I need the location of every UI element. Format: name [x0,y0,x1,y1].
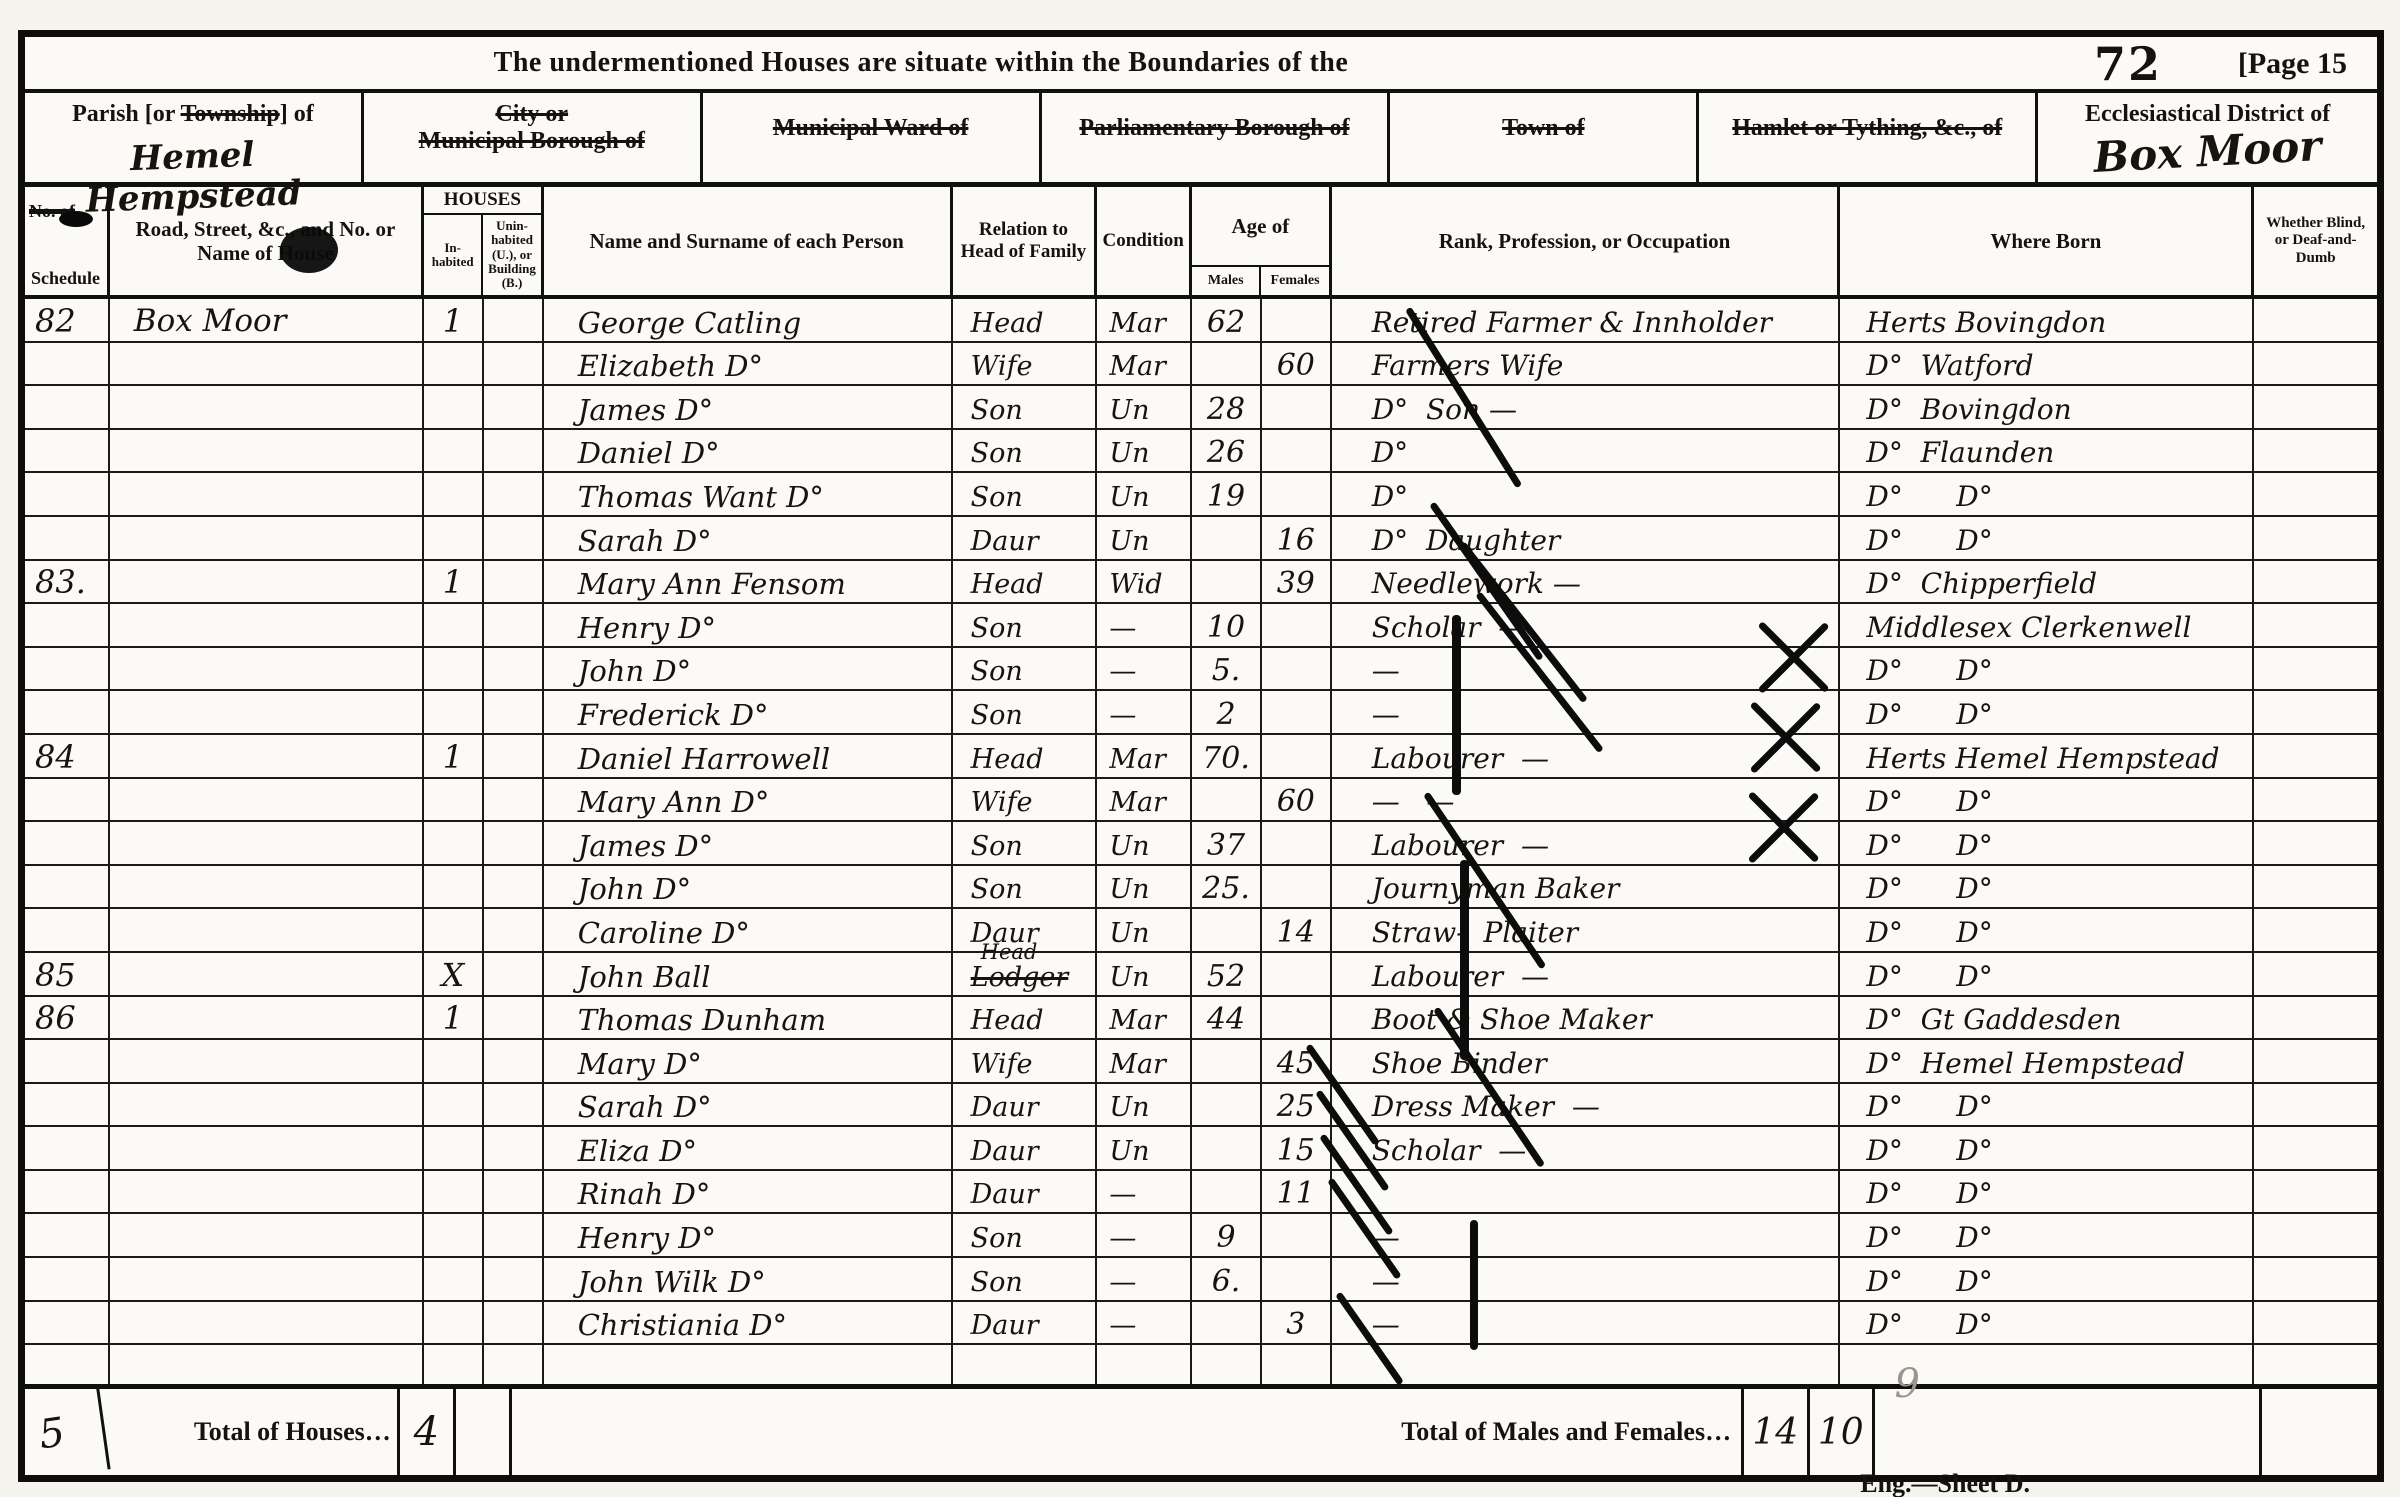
age-female-cell: 45 [1262,1040,1332,1082]
where-born-cell: D° D° [1840,779,2254,821]
blind-cell [2254,517,2377,559]
page-title: The undermentioned Houses are situate wi… [25,47,1817,79]
relation-cell: Daur [953,517,1098,559]
uninhabited-cell [484,430,544,472]
name-cell: Henry D° [544,604,953,646]
where-born-cell: D° D° [1840,1171,2254,1213]
schedule-cell [25,1302,110,1344]
age-female-cell [1262,430,1332,472]
table-row: Caroline D°DaurUn14Straw- PlaiterD° D° [25,909,2377,953]
col-houses-group: HOUSES In-habited Unin-habited (U.), or … [424,187,544,295]
table-row: John Wilk D°Son—6.—D° D° [25,1258,2377,1302]
age-male-cell [1192,1040,1262,1082]
road-cell [110,648,424,690]
inhabited-cell: 1 [424,561,484,603]
blind-cell [2254,953,2377,995]
age-male-cell: 52 [1192,953,1262,995]
age-female-cell: 15 [1262,1127,1332,1169]
uninhabited-cell [484,691,544,733]
age-female-cell: 14 [1262,909,1332,951]
blind-cell [2254,1127,2377,1169]
ecclesiastical-value: Box Moor [2037,118,2378,185]
condition-cell: Un [1097,517,1192,559]
uninhabited-cell [484,517,544,559]
where-born-cell: D° D° [1840,517,2254,559]
occupation-cell: Shoe Binder [1332,1040,1841,1082]
blind-cell [2254,648,2377,690]
road-cell [110,691,424,733]
age-male-cell [1192,1084,1262,1126]
inhabited-cell [424,1040,484,1082]
relation-cell: Son [953,691,1098,733]
relation-cell: LodgerHead [953,953,1098,995]
blind-cell [2254,604,2377,646]
inhabited-cell [424,779,484,821]
occupation-cell: D° [1332,430,1841,472]
inhabited-cell [424,517,484,559]
blind-cell [2254,1258,2377,1300]
ward-label: Municipal Ward of [773,115,969,141]
col-where-born: Where Born [1840,187,2254,295]
uninhabited-cell [484,648,544,690]
road-cell [110,1127,424,1169]
parish-label-struck: Township [181,101,280,127]
occupation-cell: Labourer — [1332,953,1841,995]
schedule-cell [25,779,110,821]
town-label: Town of [1502,115,1584,141]
age-male-cell: 28 [1192,386,1262,428]
uninhabited-cell [484,1084,544,1126]
schedule-cell [25,691,110,733]
inhabited-cell [424,1302,484,1344]
inhabited-cell: 1 [424,735,484,777]
where-born-cell: Middlesex Clerkenwell [1840,604,2254,646]
uninhabited-cell [484,561,544,603]
filler-row [25,1345,2377,1389]
where-born-cell: D° D° [1840,953,2254,995]
schedule-cell [25,517,110,559]
condition-cell: — [1097,1171,1192,1213]
schedule-cell [25,386,110,428]
condition-cell: — [1097,604,1192,646]
city-label-line2: Municipal Borough of [419,128,645,154]
table-row: 861Thomas DunhamHeadMar44Boot & Shoe Mak… [25,997,2377,1041]
road-cell [110,1040,424,1082]
inhabited-cell: 1 [424,299,484,341]
condition-cell: Un [1097,822,1192,864]
road-cell [110,866,424,908]
blind-cell [2254,691,2377,733]
road-cell [110,430,424,472]
condition-cell: Un [1097,473,1192,515]
occupation-cell: D° Daughter [1332,517,1841,559]
where-born-cell: D° D° [1840,1258,2254,1300]
relation-cell: Wife [953,779,1098,821]
blind-cell [2254,473,2377,515]
town-cell: Town of [1390,93,1699,182]
condition-cell: — [1097,1258,1192,1300]
schedule-cell [25,1171,110,1213]
road-cell [110,997,424,1039]
table-row: John D°SonUn25.Journyman BakerD° D° [25,866,2377,910]
col-blind: Whether Blind, or Deaf-and-Dumb [2254,187,2377,295]
uninhabited-cell [484,822,544,864]
inhabited-cell [424,822,484,864]
uninhabited-cell [484,909,544,951]
total-males-value: 14 [1744,1389,1809,1475]
table-row: Sarah D°DaurUn16D° DaughterD° D° [25,517,2377,561]
col-houses-label: HOUSES [424,187,541,215]
where-born-cell: D° Hemel Hempstead [1840,1040,2254,1082]
road-cell [110,386,424,428]
schedule-cell [25,1258,110,1300]
condition-cell: — [1097,648,1192,690]
col-condition: Condition [1097,187,1192,295]
name-cell: Frederick D° [544,691,953,733]
occupation-cell: — [1332,691,1841,733]
occupation-cell: Retired Farmer & Innholder [1332,299,1841,341]
schedule-cell: 83. [25,561,110,603]
parliamentary-label: Parliamentary Borough of [1079,115,1349,141]
occupation-cell: Dress Maker — [1332,1084,1841,1126]
uninhabited-cell [484,1127,544,1169]
uninhabited-cell [484,1040,544,1082]
age-male-cell: 2 [1192,691,1262,733]
total-uninhabited-value [456,1389,512,1475]
where-born-cell: D° D° [1840,822,2254,864]
occupation-cell: Journyman Baker [1332,866,1841,908]
inhabited-cell [424,604,484,646]
age-male-cell: 37 [1192,822,1262,864]
condition-cell: Un [1097,430,1192,472]
ink-blot-small [59,211,93,227]
col-occupation-label: Rank, Profession, or Occupation [1336,229,1834,253]
age-male-cell: 44 [1192,997,1262,1039]
inhabited-cell [424,1084,484,1126]
relation-cell: Head [953,561,1098,603]
totals-blind-cell [2262,1389,2377,1475]
occupation-cell: Needlework — [1332,561,1841,603]
col-inhabited: In-habited [424,215,483,295]
where-born-cell: Herts Hemel Hempstead [1840,735,2254,777]
blind-cell [2254,430,2377,472]
uninhabited-cell [484,1258,544,1300]
age-female-cell: 39 [1262,561,1332,603]
folio-number: 72 [2094,37,2162,91]
relation-cell: Son [953,1258,1098,1300]
occupation-cell: Scholar — [1332,604,1841,646]
total-houses-value: 4 [400,1389,456,1475]
col-name: Name and Surname of each Person [544,187,953,295]
name-cell: George Catling [544,299,953,341]
totals-band: 5 Total of Houses… 4 Total of Males and … [25,1389,2377,1475]
age-male-cell: 5. [1192,648,1262,690]
title-band: The undermentioned Houses are situate wi… [25,37,2377,93]
municipal-ward-cell: Municipal Ward of [703,93,1042,182]
age-male-cell: 70. [1192,735,1262,777]
occupation-cell [1332,1171,1841,1213]
occupation-cell: — [1332,1302,1841,1344]
where-born-cell: D° Chipperfield [1840,561,2254,603]
blind-cell [2254,735,2377,777]
condition-cell: Mar [1097,997,1192,1039]
col-road: Road, Street, &c., and No. or Name of Ho… [110,187,424,295]
occupation-cell: Farmers Wife [1332,343,1841,385]
schedule-cell [25,430,110,472]
where-born-cell: D° Bovingdon [1840,386,2254,428]
name-cell: Elizabeth D° [544,343,953,385]
condition-cell: Un [1097,866,1192,908]
schedule-cell: 82 [25,299,110,341]
schedule-cell: 86 [25,997,110,1039]
parish-cell: Parish [or Township] of Hemel Hempstead [25,93,364,182]
table-row: 82Box Moor1George CatlingHeadMar62Retire… [25,299,2377,343]
age-male-cell [1192,1171,1262,1213]
blind-cell [2254,822,2377,864]
condition-cell: Mar [1097,1040,1192,1082]
age-female-cell: 3 [1262,1302,1332,1344]
where-born-cell: D° D° [1840,909,2254,951]
road-cell [110,953,424,995]
where-born-cell: D° Gt Gaddesden [1840,997,2254,1039]
table-row: 841Daniel HarrowellHeadMar70.Labourer —H… [25,735,2377,779]
col-condition-label: Condition [1101,230,1185,252]
table-body: 82Box Moor1George CatlingHeadMar62Retire… [25,299,2377,1345]
uninhabited-cell [484,386,544,428]
relation-cell: Daur [953,1127,1098,1169]
relation-cell: Son [953,866,1098,908]
schedule-cell [25,1084,110,1126]
age-female-cell [1262,386,1332,428]
relation-cell: Son [953,1214,1098,1256]
road-cell [110,1171,424,1213]
where-born-cell: Herts Bovingdon [1840,299,2254,341]
schedule-cell [25,604,110,646]
age-female-cell [1262,822,1332,864]
age-female-cell [1262,866,1332,908]
ink-blot [280,227,338,273]
condition-cell: Wid [1097,561,1192,603]
road-cell [110,1214,424,1256]
table-row: 83.1Mary Ann FensomHeadWid39Needlework —… [25,561,2377,605]
total-females-value: 10 [1810,1389,1875,1475]
condition-cell: Un [1097,1084,1192,1126]
road-cell [110,735,424,777]
relation-cell: Son [953,822,1098,864]
total-houses-label: Total of Houses… [105,1389,399,1475]
parliamentary-borough-cell: Parliamentary Borough of [1042,93,1391,182]
table-row: Henry D°Son—10Scholar —Middlesex Clerken… [25,604,2377,648]
relation-cell: Son [953,430,1098,472]
name-cell: John D° [544,648,953,690]
table-row: Rinah D°Daur—11D° D° [25,1171,2377,1215]
age-male-cell [1192,1302,1262,1344]
col-females: Females [1261,267,1328,295]
age-female-cell: 16 [1262,517,1332,559]
uninhabited-cell [484,1302,544,1344]
name-cell: Rinah D° [544,1171,953,1213]
occupation-cell: — — [1332,779,1841,821]
column-header-band: No. of Schedule Road, Street, &c., and N… [25,187,2377,299]
road-cell [110,517,424,559]
age-male-cell: 62 [1192,299,1262,341]
road-cell [110,561,424,603]
inhabited-cell [424,909,484,951]
table-row: Sarah D°DaurUn25Dress Maker —D° D° [25,1084,2377,1128]
inhabited-cell [424,1171,484,1213]
relation-cell: Daur [953,1171,1098,1213]
blind-cell [2254,909,2377,951]
relation-corrected-value: Head [981,942,1038,963]
occupation-cell: — [1332,1258,1841,1300]
age-female-cell [1262,648,1332,690]
city-borough-cell: City or Municipal Borough of [364,93,703,182]
name-cell: John Ball [544,953,953,995]
sheet-footer: Eng.—Sheet D. [1860,1469,2030,1497]
blind-cell [2254,1214,2377,1256]
occupation-cell: — [1332,648,1841,690]
table-row: John D°Son—5.—D° D° [25,648,2377,692]
occupation-cell: Labourer — [1332,822,1841,864]
table-row: Elizabeth D°WifeMar60Farmers WifeD° Watf… [25,343,2377,387]
census-sheet: The undermentioned Houses are situate wi… [18,30,2384,1482]
inhabited-cell [424,648,484,690]
blind-cell [2254,1171,2377,1213]
inhabited-cell [424,691,484,733]
schedule-cell [25,866,110,908]
name-cell: James D° [544,822,953,864]
condition-cell: Un [1097,1127,1192,1169]
totals-born-cell [1875,1389,2262,1475]
parish-label-pre: Parish [or [72,101,180,127]
relation-cell: Daur [953,1302,1098,1344]
col-age-group: Age of Males Females [1192,187,1332,295]
table-row: James D°SonUn28D° Son —D° Bovingdon [25,386,2377,430]
uninhabited-cell [484,1214,544,1256]
name-cell: Thomas Want D° [544,473,953,515]
name-cell: Mary Ann D° [544,779,953,821]
blind-cell [2254,1040,2377,1082]
schedule-cell: 85 [25,953,110,995]
uninhabited-cell [484,343,544,385]
relation-cell: Wife [953,1040,1098,1082]
age-female-cell [1262,473,1332,515]
age-male-cell: 19 [1192,473,1262,515]
occupation-cell: Boot & Shoe Maker [1332,997,1841,1039]
parish-label-post: ] of [280,101,314,127]
condition-cell: — [1097,1214,1192,1256]
name-cell: John Wilk D° [544,1258,953,1300]
age-male-cell [1192,343,1262,385]
uninhabited-cell [484,953,544,995]
relation-cell: Head [953,997,1098,1039]
condition-cell: Un [1097,386,1192,428]
col-occupation: Rank, Profession, or Occupation [1332,187,1841,295]
condition-cell: Mar [1097,299,1192,341]
age-female-cell [1262,1214,1332,1256]
table-row: Daniel D°SonUn26D°D° Flaunden [25,430,2377,474]
name-cell: Thomas Dunham [544,997,953,1039]
relation-cell: Son [953,648,1098,690]
table-row: Christiania D°Daur—3—D° D° [25,1302,2377,1346]
col-name-label: Name and Surname of each Person [548,229,946,253]
name-cell: Christiania D° [544,1302,953,1344]
inhabited-cell [424,1258,484,1300]
relation-cell: Head [953,735,1098,777]
road-cell [110,604,424,646]
blind-cell [2254,386,2377,428]
schedule-cell [25,1214,110,1256]
name-cell: James D° [544,386,953,428]
where-born-cell: D° D° [1840,1084,2254,1126]
condition-cell: Mar [1097,343,1192,385]
schedule-cell [25,473,110,515]
total-males-females-label: Total of Males and Females… [512,1389,1744,1475]
relation-struck-value: Lodger [971,962,1069,993]
where-born-cell: D° Flaunden [1840,430,2254,472]
schedule-cell [25,909,110,951]
hamlet-cell: Hamlet or Tything, &c., of [1699,93,2038,182]
age-male-cell [1192,561,1262,603]
hamlet-label: Hamlet or Tything, &c., of [1732,115,2002,141]
col-males: Males [1192,267,1261,295]
uninhabited-cell [484,735,544,777]
occupation-cell: Labourer — [1332,735,1841,777]
road-cell [110,343,424,385]
age-male-cell: 10 [1192,604,1262,646]
age-male-cell: 25. [1192,866,1262,908]
age-female-cell: 60 [1262,779,1332,821]
table-row: Thomas Want D°SonUn19D°D° D° [25,473,2377,517]
table-row: 85XJohn BallLodgerHeadUn52Labourer —D° D… [25,953,2377,997]
blind-cell [2254,561,2377,603]
ecclesiastical-district-cell: Ecclesiastical District of Box Moor [2038,93,2377,182]
road-cell: Box Moor [110,299,424,341]
condition-cell: Un [1097,953,1192,995]
name-cell: Sarah D° [544,517,953,559]
inhabited-cell: X [424,953,484,995]
blind-cell [2254,997,2377,1039]
inhabited-cell [424,1127,484,1169]
where-born-cell: D° D° [1840,691,2254,733]
age-male-cell [1192,779,1262,821]
blind-cell [2254,866,2377,908]
road-cell [110,1258,424,1300]
col-where-born-label: Where Born [1844,229,2247,253]
name-cell: Mary D° [544,1040,953,1082]
blind-cell [2254,299,2377,341]
road-cell [110,1084,424,1126]
where-born-cell: D° D° [1840,866,2254,908]
age-male-cell: 6. [1192,1258,1262,1300]
age-female-cell [1262,691,1332,733]
table-row: Eliza D°DaurUn15Scholar —D° D° [25,1127,2377,1171]
age-female-cell: 11 [1262,1171,1332,1213]
page-number: [Page 15 [2238,47,2347,81]
occupation-cell: Scholar — [1332,1127,1841,1169]
relation-cell: Son [953,386,1098,428]
age-female-cell [1262,735,1332,777]
condition-cell: Mar [1097,779,1192,821]
name-cell: Sarah D° [544,1084,953,1126]
name-cell: John D° [544,866,953,908]
where-born-cell: D° Watford [1840,343,2254,385]
col-age-label: Age of [1192,187,1329,265]
occupation-cell: D° [1332,473,1841,515]
inhabited-cell [424,343,484,385]
schedule-cell: 84 [25,735,110,777]
table-row: Henry D°Son—9—D° D° [25,1214,2377,1258]
